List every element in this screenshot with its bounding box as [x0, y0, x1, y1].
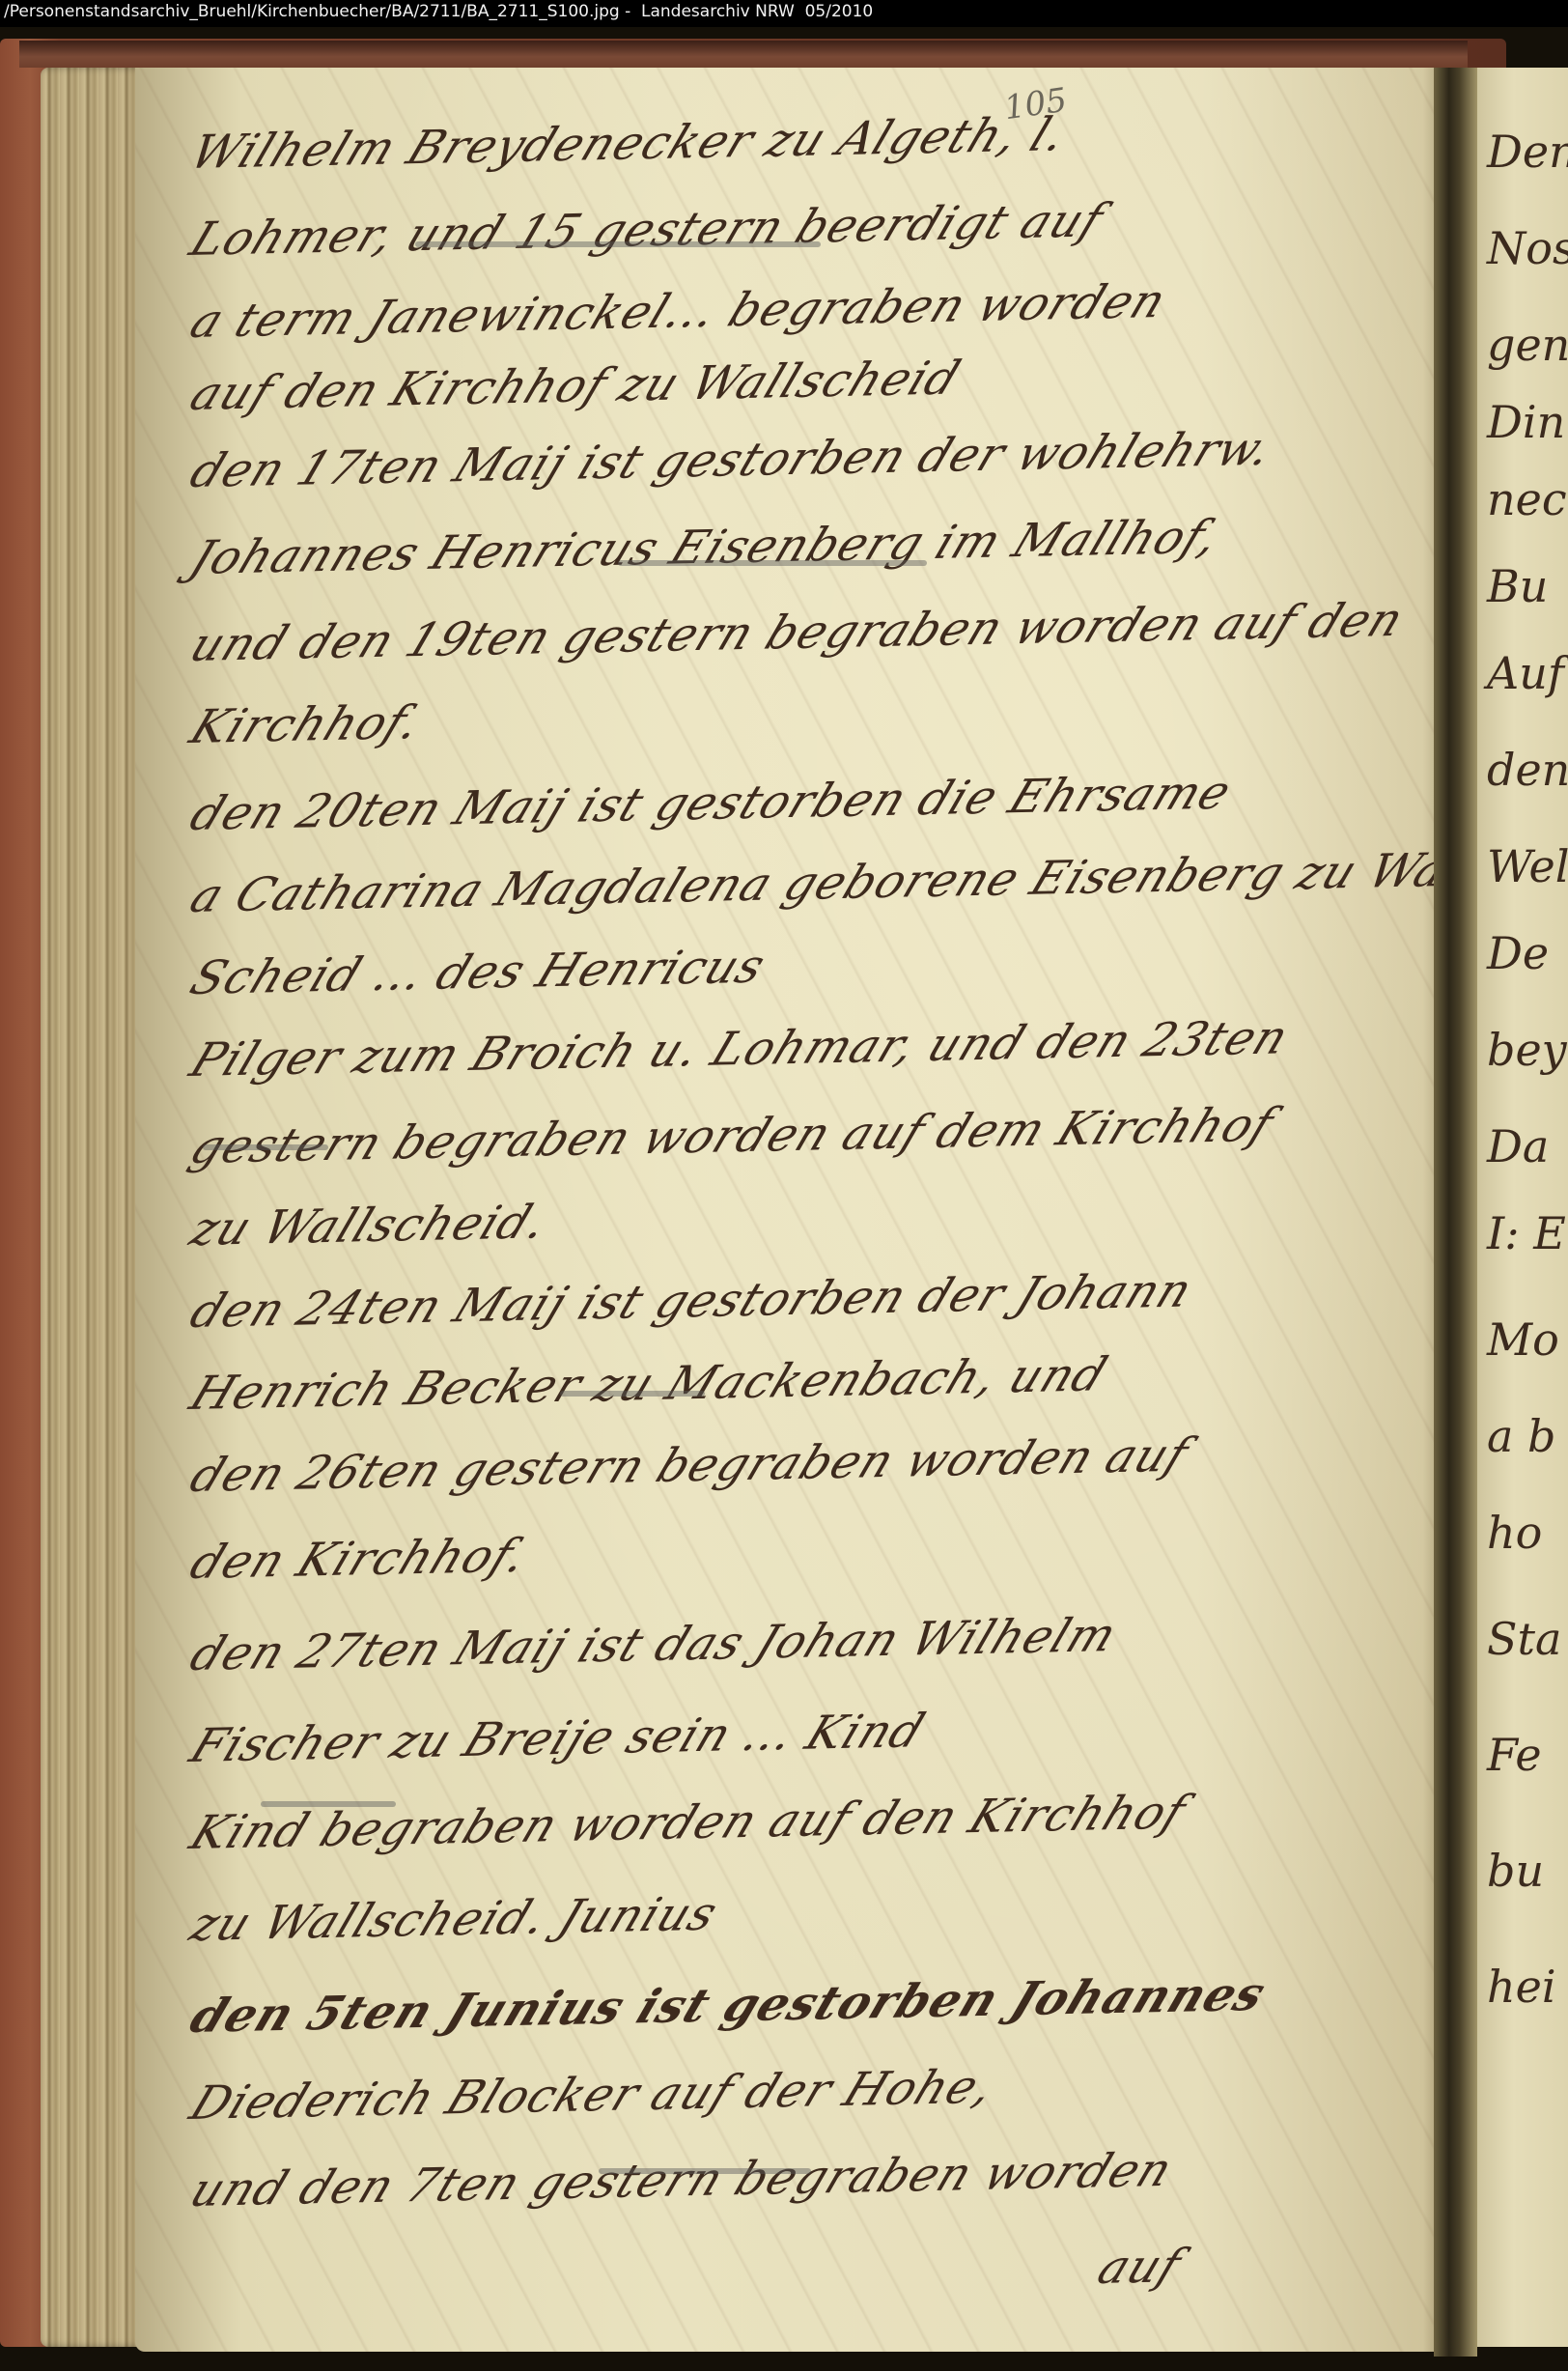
- handwritten-fragment: De: [1487, 927, 1549, 979]
- handwritten-line: Kirchhof.: [182, 674, 1459, 754]
- pencil-underline: [618, 560, 927, 566]
- handwritten-line: den 20ten Maij ist gestorben die Ehrsame: [182, 761, 1459, 841]
- pencil-underline: [415, 241, 821, 247]
- handwritten-fragment: Den: [1487, 126, 1568, 178]
- handwritten-line: auf: [1090, 2237, 1305, 2295]
- handwritten-line: den 27ten Maij ist das Johan Wilhelm: [182, 1601, 1459, 1681]
- handwritten-fragment: a b: [1487, 1410, 1556, 1462]
- handwritten-fragment: Sta: [1487, 1613, 1561, 1665]
- handwritten-fragment: Bu: [1487, 560, 1548, 612]
- handwritten-fragment: Wel: [1487, 840, 1568, 892]
- page-stack-edge: [41, 68, 147, 2347]
- handwritten-fragment: Auf: [1487, 647, 1564, 699]
- handwritten-line: und den 7ten gestern begraben worden: [182, 2137, 1459, 2217]
- handwritten-fragment: Da: [1487, 1120, 1549, 1172]
- handwritten-line: den Kirchhof.: [182, 1510, 1459, 1590]
- handwritten-line: den 24ten Maij ist gestorben der Johann: [182, 1258, 1459, 1339]
- facing-page-partial: Den Nosf gen Din nec Bu Auf den Wel De b…: [1477, 68, 1568, 2347]
- handwritten-fragment: den: [1487, 744, 1568, 796]
- manuscript-page: 105 Wilhelm Breydenecker zu Algeth, l. L…: [135, 68, 1463, 2352]
- handwritten-fragment: bey: [1487, 1024, 1567, 1076]
- handwritten-line: Pilger zum Broich u. Lohmar, und den 23t…: [182, 1007, 1459, 1087]
- handwritten-line: Johannes Henricus Eisenberg im Mallhof,: [182, 505, 1459, 585]
- handwritten-fragment: I: E: [1487, 1207, 1566, 1259]
- handwritten-line: Kind begraben worden auf den Kirchhof: [182, 1780, 1459, 1860]
- handwritten-line: zu Wallscheid. Junius: [182, 1872, 1459, 1952]
- handwritten-line: Henrich Becker zu Mackenbach, und: [182, 1341, 1459, 1421]
- handwritten-line: gestern begraben worden auf dem Kirchhof: [182, 1094, 1459, 1174]
- pencil-underline: [261, 1801, 396, 1807]
- book-gutter: [1434, 68, 1477, 2357]
- handwritten-line: den 26ten gestern begraben worden auf: [182, 1423, 1459, 1503]
- handwritten-fragment: hei: [1487, 1961, 1556, 2013]
- handwritten-line: Diederich Blocker auf der Hohe,: [182, 2050, 1459, 2131]
- handwritten-line: und den 19ten gestern begraben worden au…: [182, 592, 1459, 672]
- handwritten-line: a Catharina Magdalena geborene Eisenberg…: [182, 843, 1459, 923]
- handwritten-fragment: ho: [1487, 1507, 1542, 1559]
- handwritten-line: a term Janewinckel... begraben worden: [182, 268, 1459, 349]
- handwritten-fragment: gen: [1487, 319, 1568, 371]
- handwritten-line: Scheid ... des Henricus: [182, 925, 1459, 1005]
- handwritten-fragment: bu: [1487, 1845, 1544, 1897]
- book-cover-top-edge: [19, 41, 1468, 68]
- handwritten-line: Lohmer, und 15 gestern beerdigt auf: [182, 186, 1459, 267]
- handwritten-fragment: nec: [1487, 473, 1567, 525]
- handwritten-fragment: Mo: [1487, 1313, 1559, 1366]
- handwritten-line: Wilhelm Breydenecker zu Algeth, l.: [182, 99, 1459, 180]
- handwritten-fragment: Fe: [1487, 1729, 1542, 1781]
- handwritten-line: den 17ten Maij ist gestorben der wohlehr…: [182, 418, 1459, 498]
- handwritten-line: zu Wallscheid.: [182, 1176, 1459, 1256]
- handwritten-fragment: Nosf: [1487, 222, 1568, 274]
- handwritten-line: den 5ten Junius ist gestorben Johannes: [182, 1963, 1459, 2044]
- handwritten-fragment: Din: [1487, 396, 1565, 448]
- handwritten-line: Fischer zu Breije sein ... Kind: [182, 1693, 1459, 1773]
- pencil-underline: [599, 2168, 811, 2174]
- pencil-underline: [560, 1391, 705, 1397]
- pencil-underline: [203, 1144, 328, 1150]
- file-path-header: /Personenstandsarchiv_Bruehl/Kirchenbuec…: [0, 0, 1568, 27]
- handwritten-line: auf den Kirchhof zu Wallscheid: [182, 341, 1459, 421]
